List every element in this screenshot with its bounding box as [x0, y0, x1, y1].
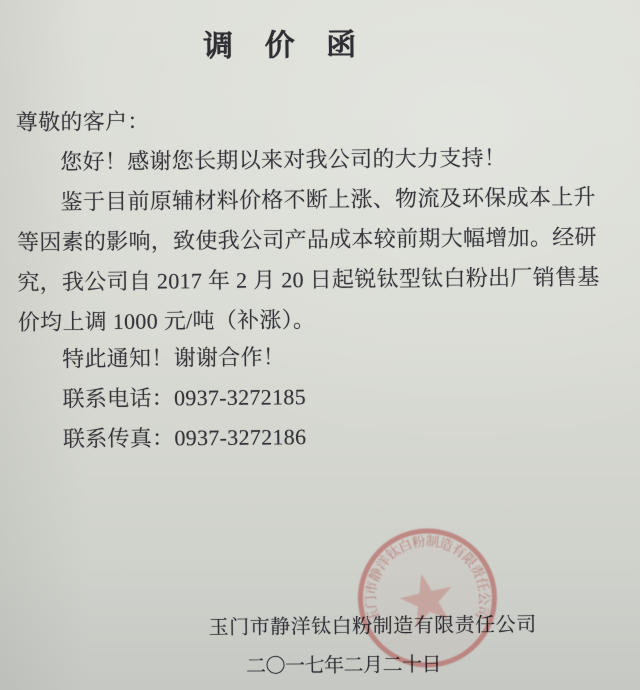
- letter-photo-page: 调 价 函 尊敬的客户： 您好！感谢您长期以来对我公司的大力支持！ 鉴于目前原辅…: [0, 0, 640, 690]
- body-line: 鉴于目前原辅材料价格不断上涨、物流及环保成本上升: [16, 180, 624, 226]
- signature-company-name: 玉门市静洋钛白粉制造有限责任公司: [209, 608, 537, 640]
- letter-body: 尊敬的客户： 您好！感谢您长期以来对我公司的大力支持！ 鉴于目前原辅材料价格不断…: [16, 100, 627, 463]
- salutation-line: 尊敬的客户：: [16, 100, 624, 146]
- notice-line: 特此通知！谢谢合作！: [18, 337, 626, 383]
- contact-phone-line: 联系电话：0937-3272185: [18, 377, 626, 423]
- contact-fax-number: 0937-3272186: [174, 424, 306, 450]
- signature-date: 二〇一七年二月二十日: [246, 648, 441, 679]
- greeting-line: 您好！感谢您长期以来对我公司的大力支持！: [16, 140, 624, 186]
- body-line: 等因素的影响，致使我公司产品成本较前期大幅增加。经研: [17, 220, 625, 266]
- contact-phone-number: 0937-3272185: [174, 384, 306, 410]
- seal-ring: [360, 530, 495, 665]
- contact-phone-label: 联系电话：: [62, 385, 174, 411]
- body-line: 究，我公司自 2017 年 2 月 20 日起锐钛型钛白粉出厂销售基: [17, 260, 625, 306]
- contact-fax-line: 联系传真：0937-3272186: [19, 417, 627, 463]
- body-line: 价均上调 1000 元/吨（补涨）。: [18, 300, 626, 343]
- document-title: 调 价 函: [203, 20, 357, 65]
- letter-content: 调 价 函 尊敬的客户： 您好！感谢您长期以来对我公司的大力支持！ 鉴于目前原辅…: [0, 0, 640, 690]
- contact-fax-label: 联系传真：: [63, 425, 175, 451]
